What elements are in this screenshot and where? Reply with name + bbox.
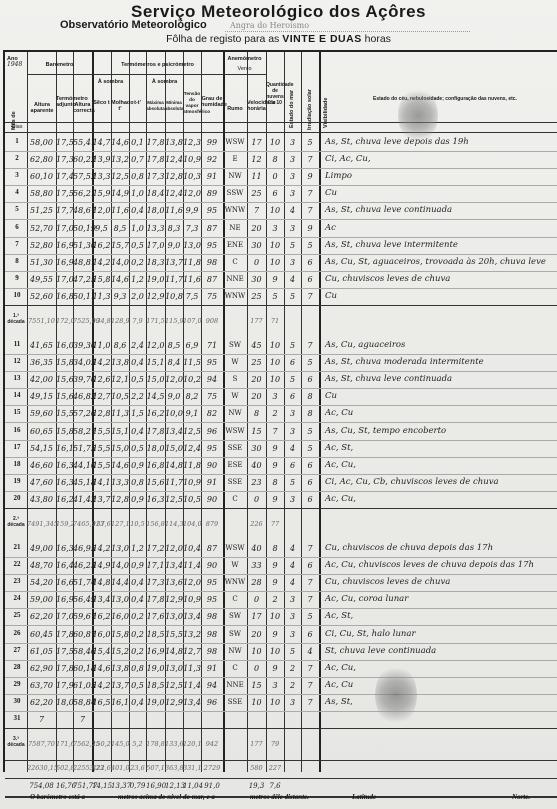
cell-max: 18,3 — [146, 258, 165, 267]
cell-max: 12,9 — [146, 292, 165, 301]
cell-th: 15,6 — [56, 375, 73, 384]
cell-th: 16,3 — [56, 478, 73, 487]
cell-sea: 3 — [284, 630, 301, 639]
cell-diff: 0,4 — [129, 358, 146, 367]
cell-max: 17,1 — [146, 561, 165, 570]
cell-dry: 9,5 — [92, 224, 111, 233]
cell-cloud: 9 — [266, 461, 284, 470]
cell-cloud: 10 — [266, 647, 284, 656]
cell-app: 52,80 — [27, 241, 56, 250]
table-row: 2149,0016,346,9514,213,01,217,212,010,48… — [5, 540, 557, 557]
cell-vap: 11,4 — [183, 561, 201, 570]
sky-observation: As, St, — [325, 697, 353, 707]
cell-vap: 11,8 — [183, 461, 201, 470]
summary-cloud: 77 — [266, 520, 284, 528]
cell-app: 59,60 — [27, 409, 56, 418]
cell-vap: 13,4 — [183, 612, 201, 621]
cell-max: 18,4 — [146, 189, 165, 198]
cell-dir: NW — [223, 172, 247, 180]
cell-cloud: 10 — [266, 698, 284, 707]
cell-sea: 6 — [284, 392, 301, 401]
cell-wet: 11,3 — [111, 409, 129, 418]
summary-hum: 942 — [201, 740, 223, 748]
cell-min: 12,0 — [165, 375, 183, 384]
day-number: 29 — [9, 680, 25, 688]
cell-spd: 0 — [247, 495, 266, 504]
cell-min: 10,8 — [165, 292, 183, 301]
cell-wet: 13,8 — [111, 664, 129, 673]
cell-vis: 7 — [301, 155, 319, 164]
observatory-name: Angra do Heroísmo — [230, 21, 309, 30]
cell-spd: 0 — [247, 258, 266, 267]
cell-vis: 7 — [301, 292, 319, 301]
cell-cloud: 9 — [266, 495, 284, 504]
wind-header: Vento — [223, 66, 266, 72]
sky-observation: Cu — [325, 391, 337, 401]
cell-max: 17,8 — [146, 595, 165, 604]
register-table: Ano1948 Barómetro Termómetros e psicróme… — [3, 50, 557, 772]
cell-hum: 95 — [201, 444, 223, 453]
cell-wet: 13,0 — [111, 544, 129, 553]
summary-wet: 401,0 — [111, 764, 129, 772]
cell-th: 17,0 — [56, 224, 73, 233]
cell-spd: 12 — [247, 155, 266, 164]
cell-sea: 5 — [284, 647, 301, 656]
sky-observation: Ac — [325, 223, 336, 233]
day-number: 2 — [9, 154, 25, 162]
summary-corr: 7465,913 — [73, 520, 92, 528]
cell-vap: 7,3 — [183, 224, 201, 233]
day-number: 22 — [9, 560, 25, 568]
cell-max: 17,8 — [146, 427, 165, 436]
sky-observation: Limpo — [325, 171, 352, 181]
cell-th: 16,4 — [56, 561, 73, 570]
cell-vap: 12,7 — [183, 647, 201, 656]
cell-hum: 89 — [201, 189, 223, 198]
cell-max: 18,5 — [146, 681, 165, 690]
cell-dry: 14,1 — [92, 478, 111, 487]
cell-dir: W — [223, 561, 247, 569]
cell-spd: 20 — [247, 392, 266, 401]
subtitle-suffix: horas — [365, 33, 391, 45]
sky-observation: Cu, chuviscos leves de chuva — [325, 274, 450, 284]
summary-spd: 177 — [247, 740, 266, 748]
cell-app: 49,15 — [27, 392, 56, 401]
cell-diff: 2,4 — [129, 341, 146, 350]
cell-vap: 11,3 — [183, 664, 201, 673]
bar-thermo-header: Termómetro adjunto — [56, 96, 73, 108]
wind-direction-header: Rumo — [223, 106, 247, 112]
cell-diff: 0,4 — [129, 206, 146, 215]
cell-app: 46,60 — [27, 461, 56, 470]
cell-vis: 7 — [301, 664, 319, 673]
sky-observation: St, chuva leve continuada — [325, 646, 436, 656]
cell-app: 60,45 — [27, 630, 56, 639]
cell-vis: 5 — [301, 358, 319, 367]
wet-header: Molhado t' — [111, 100, 129, 112]
cell-dir: E — [223, 155, 247, 163]
cell-vap: 11,8 — [183, 258, 201, 267]
cell-spd: 28 — [247, 578, 266, 587]
vapor-header: Tensão do vapor atmosférico — [183, 92, 201, 116]
summary-spd: 19,3 — [247, 782, 266, 790]
cell-dir: SW — [223, 630, 247, 638]
cell-dir: SSW — [223, 189, 247, 197]
sky-observation: Ac, St, — [325, 611, 353, 621]
cell-th: 15,5 — [56, 409, 73, 418]
cell-th: 17,8 — [56, 630, 73, 639]
table-row: 1141,6516,039,3011,08,62,412,08,56,971SW… — [5, 337, 557, 354]
cell-diff: 0,1 — [129, 138, 146, 147]
table-row: 158,0017,555,4114,714,60,117,813,812,399… — [5, 134, 557, 151]
cell-dir: NNE — [223, 681, 247, 689]
cell-th: 17,3 — [56, 155, 73, 164]
cell-hum: 90 — [201, 561, 223, 570]
cell-hum: 95 — [201, 578, 223, 587]
table-row: 2248,7016,446,2314,914,00,917,113,411,49… — [5, 557, 557, 574]
day-number: 14 — [9, 391, 25, 399]
cell-vap: 10,5 — [183, 495, 201, 504]
cell-dry: 12,0 — [92, 206, 111, 215]
cell-app: 60,65 — [27, 427, 56, 436]
cell-th: 16,9 — [56, 258, 73, 267]
table-row: 1342,0015,639,7012,612,10,515,012,010,29… — [5, 371, 557, 388]
cell-corr: 7 — [73, 715, 92, 724]
cell-spd: 7 — [247, 206, 266, 215]
cell-hum: 95 — [201, 595, 223, 604]
cell-wet: 12,1 — [111, 375, 129, 384]
cell-min: 11,7 — [165, 275, 183, 284]
cell-dry: 15,5 — [92, 461, 111, 470]
summary-dry: 137,6 — [92, 520, 111, 528]
day-number: 3 — [9, 171, 25, 179]
summary-rule — [5, 305, 557, 306]
cell-min: 13,0 — [165, 612, 183, 621]
table-row: 1947,6016,345,1814,113,30,815,611,710,99… — [5, 474, 557, 491]
cell-sea: 3 — [284, 224, 301, 233]
sky-observation: As, St, chuva leve continuada — [325, 205, 452, 215]
cell-spd: 33 — [247, 561, 266, 570]
cell-wet: 10,5 — [111, 392, 129, 401]
cell-dry: 13,7 — [92, 495, 111, 504]
sky-observation: As, St, chuva leve depois das 19h — [325, 137, 469, 147]
cell-wet: 11,6 — [111, 206, 129, 215]
cell-corr: 46,95 — [73, 544, 92, 553]
table-row: 1660,6515,858,2715,515,10,417,813,412,59… — [5, 423, 557, 440]
cell-wet: 13,7 — [111, 681, 129, 690]
summary-vap: 11,04 — [183, 782, 201, 790]
footer-barometer: O barómetro está a — [30, 793, 85, 801]
cell-vis: 5 — [301, 241, 319, 250]
cloud-qty-header: Quantidade de nuvens 0 a 10 — [266, 82, 284, 106]
cell-app: 51,25 — [27, 206, 56, 215]
cell-corr: 60,87 — [73, 630, 92, 639]
cell-app: 62,90 — [27, 664, 56, 673]
table-row: 458,8017,556,2115,914,91,018,412,412,089… — [5, 185, 557, 202]
cell-hum: 90 — [201, 461, 223, 470]
cell-cloud: 10 — [266, 138, 284, 147]
cell-vis: 7 — [301, 595, 319, 604]
cell-wet: 8,5 — [111, 224, 129, 233]
cell-spd: 0 — [247, 664, 266, 673]
cell-max: 15,1 — [146, 358, 165, 367]
summary-dry: 150,2 — [92, 740, 111, 748]
cell-corr: 60,22 — [73, 155, 92, 164]
cell-hum: 87 — [201, 544, 223, 553]
day-number: 7 — [9, 240, 25, 248]
sky-observation: Ac, Cu — [325, 680, 353, 690]
cell-min: 11,6 — [165, 206, 183, 215]
day-number: 6 — [9, 223, 25, 231]
cell-min: 12,9 — [165, 595, 183, 604]
summary-wet: 145,0 — [111, 740, 129, 748]
cell-dir: SSE — [223, 478, 247, 486]
decade-label: 1.ª década — [5, 313, 27, 325]
cell-app: 58,80 — [27, 189, 56, 198]
cell-diff: 2,0 — [129, 292, 146, 301]
cell-hum: 94 — [201, 375, 223, 384]
summary-row-decade1: 1.ª década7551,10172,07525,09134,8128,97… — [5, 305, 557, 337]
cell-th: 16,0 — [56, 341, 73, 350]
day-number: 15 — [9, 408, 25, 416]
cell-sea: 3 — [284, 138, 301, 147]
cell-vap: 9,1 — [183, 409, 201, 418]
cell-wet: 9,3 — [111, 292, 129, 301]
summary-spd: 177 — [247, 317, 266, 325]
cell-app: 48,70 — [27, 561, 56, 570]
cell-th: 17,5 — [56, 138, 73, 147]
cell-cloud: 9 — [266, 275, 284, 284]
summary-th: 172,0 — [56, 317, 73, 325]
cell-hum: 90 — [201, 495, 223, 504]
cell-hum: 75 — [201, 292, 223, 301]
cell-vis: 7 — [301, 189, 319, 198]
observatory-underline — [225, 31, 470, 32]
cell-cloud: 9 — [266, 561, 284, 570]
sky-observation: Ci, Ac, Cu, — [325, 154, 371, 164]
cell-dir: WSW — [223, 427, 247, 435]
cell-min: 10,0 — [165, 409, 183, 418]
header-rule — [5, 132, 557, 133]
table-row: 3062,2018,058,8416,516,10,419,012,913,49… — [5, 694, 557, 711]
cell-dry: 15,5 — [92, 427, 111, 436]
summary-app: 22630,15 — [27, 764, 56, 772]
cell-wet: 14,9 — [111, 189, 129, 198]
cell-min: 8,3 — [165, 224, 183, 233]
day-number: 4 — [9, 188, 25, 196]
cell-vis: 6 — [301, 461, 319, 470]
cell-app: 51,30 — [27, 258, 56, 267]
day-number: 30 — [9, 697, 25, 705]
cell-max: 17,6 — [146, 612, 165, 621]
cell-spd: 30 — [247, 444, 266, 453]
cell-corr: 56,49 — [73, 595, 92, 604]
summary-rule — [5, 760, 557, 761]
cell-cloud: 8 — [266, 544, 284, 553]
cell-dir: WNW — [223, 292, 247, 300]
cell-sea: 3 — [284, 495, 301, 504]
cell-corr: 48,81 — [73, 258, 92, 267]
cell-cloud: 3 — [266, 681, 284, 690]
table-row: 2963,7017,961,0514,213,70,518,512,511,49… — [5, 677, 557, 694]
cell-sea: 5 — [284, 478, 301, 487]
cell-vis: 6 — [301, 495, 319, 504]
cell-diff: 0,4 — [129, 578, 146, 587]
cell-vis: 7 — [301, 341, 319, 350]
cell-spd: 15 — [247, 681, 266, 690]
cell-dry: 14,2 — [92, 358, 111, 367]
cell-vap: 12,4 — [183, 444, 201, 453]
cell-corr: 58,27 — [73, 427, 92, 436]
ink-stain — [398, 88, 438, 143]
day-number: 28 — [9, 663, 25, 671]
summary-cloud: 7,6 — [266, 782, 284, 790]
cell-cloud: 9 — [266, 630, 284, 639]
table-row: 1754,1516,151,7515,515,00,518,015,012,49… — [5, 440, 557, 457]
cell-diff: 0,5 — [129, 241, 146, 250]
dry-header: Sêco t — [92, 100, 111, 106]
sky-observation: Ac, Cu — [325, 408, 353, 418]
cell-th: 16,1 — [56, 444, 73, 453]
cell-vap: 10,2 — [183, 375, 201, 384]
cell-vis: 7 — [301, 578, 319, 587]
summary-min: 114,3 — [165, 520, 183, 528]
cell-dry: 12,6 — [92, 375, 111, 384]
cell-sea: 5 — [284, 341, 301, 350]
summary-hum: 91,0 — [201, 782, 223, 790]
cell-min: 12,8 — [165, 172, 183, 181]
shade-header-1: À sombra — [92, 79, 129, 85]
cell-cloud: 10 — [266, 375, 284, 384]
table-row: 1846,6016,344,1015,514,60,916,814,811,89… — [5, 457, 557, 474]
cell-diff: 1,0 — [129, 224, 146, 233]
summary-dry: 422,6 — [92, 764, 111, 772]
table-row: 3177 — [5, 711, 557, 728]
cell-diff: 0,5 — [129, 375, 146, 384]
cell-min: 13,8 — [165, 138, 183, 147]
cell-cloud: 9 — [266, 578, 284, 587]
cell-dry: 16,2 — [92, 612, 111, 621]
cell-vap: 12,3 — [183, 138, 201, 147]
summary-hum: 908 — [201, 317, 223, 325]
summary-max: 178,8 — [146, 740, 165, 748]
cell-sea: 3 — [284, 595, 301, 604]
day-number: 26 — [9, 629, 25, 637]
cell-wet: 14,4 — [111, 578, 129, 587]
cell-vap: 6,9 — [183, 341, 201, 350]
cell-corr: 57,26 — [73, 409, 92, 418]
cell-th: 16,2 — [56, 495, 73, 504]
cell-vis: 6 — [301, 561, 319, 570]
cell-hum: 98 — [201, 258, 223, 267]
cell-vis: 8 — [301, 392, 319, 401]
cell-th: 15,6 — [56, 392, 73, 401]
cell-spd: 45 — [247, 341, 266, 350]
cell-vis: 5 — [301, 138, 319, 147]
cell-sea: 5 — [284, 292, 301, 301]
cell-dry: 14,6 — [92, 664, 111, 673]
cell-spd: 25 — [247, 358, 266, 367]
cell-sea: 2 — [284, 681, 301, 690]
summary-diff: 5,2 — [129, 740, 146, 748]
cell-hum: 96 — [201, 698, 223, 707]
cell-hum: 95 — [201, 206, 223, 215]
summary-corr: 7525,09 — [73, 317, 92, 325]
min-header: Mínima absoluta — [165, 100, 183, 112]
diff-header: t-t' — [129, 100, 146, 106]
summary-diff: 23,6 — [129, 764, 146, 772]
cell-diff: 0,7 — [129, 155, 146, 164]
table-row: 551,2517,748,6712,011,60,418,011,69,995W… — [5, 202, 557, 219]
observatory-label: Observatório Meteorológico — [60, 19, 207, 31]
cell-dir: C — [223, 664, 247, 672]
cell-th: 17,4 — [56, 172, 73, 181]
cell-spd: 17 — [247, 138, 266, 147]
cell-wet: 13,2 — [111, 155, 129, 164]
summary-max: 16,90 — [146, 782, 165, 790]
cell-vap: 8,2 — [183, 392, 201, 401]
summary-app: 7587,70 — [27, 740, 56, 748]
header-rule — [27, 74, 266, 75]
cell-max: 17,0 — [146, 241, 165, 250]
cell-vap: 13,4 — [183, 698, 201, 707]
cell-app: 41,65 — [27, 341, 56, 350]
cell-sea: 3 — [284, 409, 301, 418]
cell-wet: 16,1 — [111, 698, 129, 707]
cell-diff: 0,4 — [129, 698, 146, 707]
cell-cloud: 10 — [266, 206, 284, 215]
summary-rule — [5, 728, 557, 729]
cell-sea: 6 — [284, 461, 301, 470]
cell-dry: 11,0 — [92, 341, 111, 350]
cell-diff: 0,2 — [129, 647, 146, 656]
cell-dir: SSE — [223, 698, 247, 706]
cell-vap: 9,9 — [183, 206, 201, 215]
cell-hum: 87 — [201, 275, 223, 284]
cell-hum: 95 — [201, 358, 223, 367]
cell-dir: C — [223, 595, 247, 603]
cell-vap: 11,4 — [183, 681, 201, 690]
summary-hum: 2729 — [201, 764, 223, 772]
cell-wet: 14,6 — [111, 461, 129, 470]
header-rule — [5, 122, 557, 123]
cell-th: 18,0 — [56, 698, 73, 707]
cell-wet: 15,1 — [111, 427, 129, 436]
cell-diff: 1,2 — [129, 544, 146, 553]
cell-dry: 14,2 — [92, 258, 111, 267]
sky-observation: As, Cu, aguaceiros — [325, 340, 405, 350]
cell-dir: WSW — [223, 544, 247, 552]
cell-diff: 0,9 — [129, 495, 146, 504]
bar-corrected-header: Altura correcta — [73, 102, 92, 114]
cell-sea: 6 — [284, 358, 301, 367]
sky-observation: Ci, Cu, St, halo lunar — [325, 629, 416, 639]
cell-max: 15,6 — [146, 478, 165, 487]
cell-vis: 7 — [301, 681, 319, 690]
cell-diff: 1,5 — [129, 409, 146, 418]
cell-app: 62,20 — [27, 698, 56, 707]
cell-dir: C — [223, 495, 247, 503]
cell-dir: ENE — [223, 241, 247, 249]
sky-observation: Cu — [325, 188, 337, 198]
cell-cloud: 0 — [266, 172, 284, 181]
cell-vap: 10,4 — [183, 544, 201, 553]
cell-vis: 5 — [301, 612, 319, 621]
cell-min: 14,8 — [165, 461, 183, 470]
sky-observation: Ac, Cu, — [325, 663, 356, 673]
summary-vap: 120,1 — [183, 740, 201, 748]
cell-th: 16,9 — [56, 241, 73, 250]
